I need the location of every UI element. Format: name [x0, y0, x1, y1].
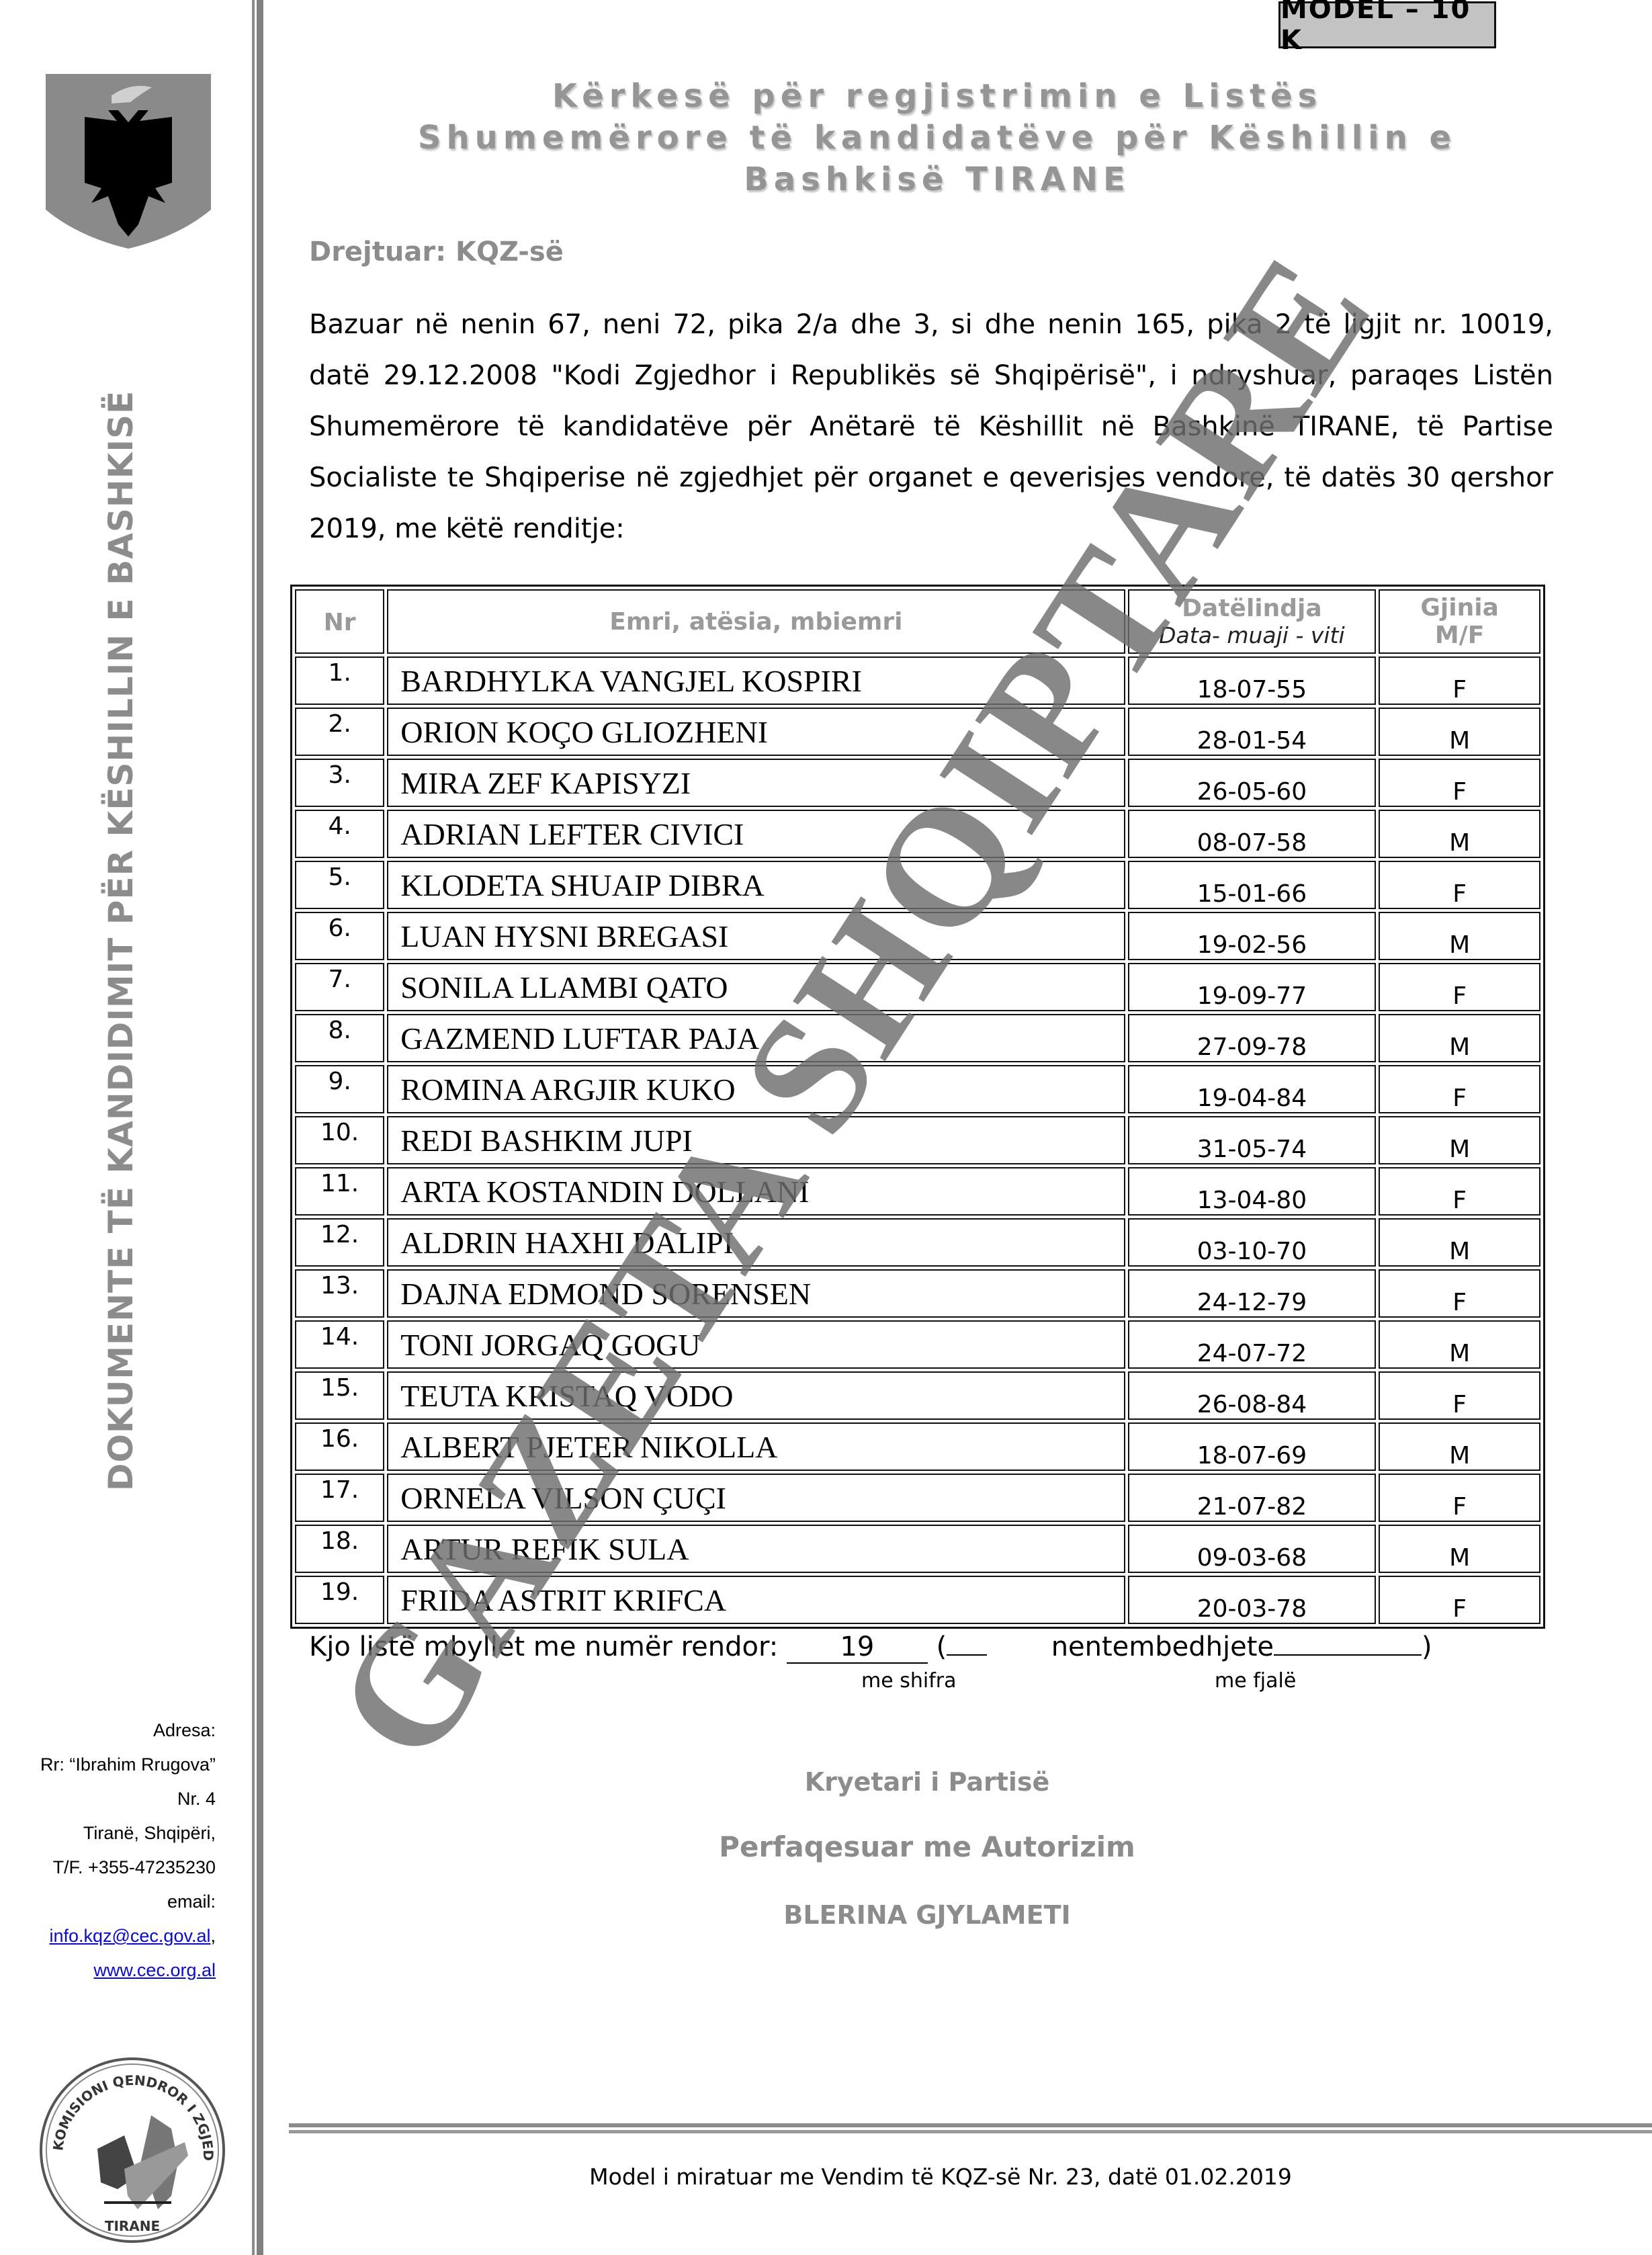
header-name: Emri, atësia, mbiemri [387, 589, 1125, 654]
candidate-name: REDI BASHKIM JUPI [387, 1116, 1125, 1164]
side-vertical-title: DOKUMENTE TË KANDIDIMIT PËR KËSHILLIN E … [101, 390, 140, 1491]
gender: F [1379, 1371, 1540, 1420]
table-row: 3.MIRA ZEF KAPISYZI26-05-60F [295, 759, 1540, 807]
gender: F [1379, 1065, 1540, 1113]
table-header-row: Nr Emri, atësia, mbiemri Datëlindja Data… [295, 589, 1540, 654]
gender: F [1379, 1269, 1540, 1318]
row-number: 12. [295, 1218, 384, 1267]
candidate-name: ARTA KOSTANDIN DOLLANI [387, 1167, 1125, 1216]
signature-name: BLERINA GJYLAMETI [672, 1900, 1182, 1930]
table-row: 19.FRIDA ASTRIT KRIFCA20-03-78F [295, 1576, 1540, 1624]
table-row: 18.ARTUR REFIK SULA09-03-68M [295, 1525, 1540, 1573]
blank [947, 1654, 987, 1656]
row-number: 7. [295, 963, 384, 1011]
header-dob: Datëlindja Data- muaji - viti [1128, 589, 1377, 654]
birth-date: 24-12-79 [1128, 1269, 1377, 1318]
divider-line [257, 0, 263, 2255]
closing-line: Kjo listë mbyllet me numër rendor: 19 ( … [309, 1631, 1432, 1664]
footer-divider [289, 2123, 1652, 2127]
candidate-name: TONI JORGAQ GOGU [387, 1320, 1125, 1369]
gender: M [1379, 1525, 1540, 1573]
candidate-name: BARDHYLKA VANGJEL KOSPIRI [387, 656, 1125, 705]
table-row: 7.SONILA LLAMBI QATO19-09-77F [295, 963, 1540, 1011]
website-link[interactable]: www.cec.org.al [93, 1960, 216, 1980]
row-number: 5. [295, 861, 384, 909]
birth-date: 18-07-55 [1128, 656, 1377, 705]
gender: M [1379, 1320, 1540, 1369]
gender: M [1379, 912, 1540, 960]
header-nr: Nr [295, 589, 384, 654]
gender: M [1379, 708, 1540, 756]
email-suffix: , [210, 1926, 216, 1946]
row-number: 9. [295, 1065, 384, 1113]
table-row: 5.KLODETA SHUAIP DIBRA15-01-66F [295, 861, 1540, 909]
row-number: 18. [295, 1525, 384, 1573]
signature-authorization: Perfaqesuar me Autorizim [672, 1830, 1182, 1863]
signature-role: Kryetari i Partisë [672, 1767, 1182, 1797]
candidates-table: Nr Emri, atësia, mbiemri Datëlindja Data… [290, 585, 1545, 1629]
row-number: 1. [295, 656, 384, 705]
table-row: 11.ARTA KOSTANDIN DOLLANI13-04-80F [295, 1167, 1540, 1216]
candidate-name: SONILA LLAMBI QATO [387, 963, 1125, 1011]
table-row: 6.LUAN HYSNI BREGASI19-02-56M [295, 912, 1540, 960]
divider-line [252, 0, 255, 2255]
caption-digits: me shifra [861, 1669, 956, 1693]
table-row: 9.ROMINA ARGJIR KUKO19-04-84F [295, 1065, 1540, 1113]
address-line: Adresa: [1, 1713, 216, 1748]
birth-date: 15-01-66 [1128, 861, 1377, 909]
number-digits-field: 19 [787, 1631, 928, 1664]
header-dob-sub: Data- muaji - viti [1129, 622, 1375, 648]
gender: M [1379, 1116, 1540, 1164]
birth-date: 18-07-69 [1128, 1422, 1377, 1471]
birth-date: 27-09-78 [1128, 1014, 1377, 1062]
closing-label: Kjo listë mbyllet me numër rendor: [309, 1631, 778, 1662]
title-line: Bashkisë TIRANE [282, 159, 1592, 200]
row-number: 19. [295, 1576, 384, 1624]
seal-bottom-text: TIRANE [105, 2218, 160, 2234]
address-line: Rr: “Ibrahim Rrugova” [1, 1748, 216, 1782]
address-line: Nr. 4 [1, 1782, 216, 1816]
table-row: 14.TONI JORGAQ GOGU24-07-72M [295, 1320, 1540, 1369]
row-number: 2. [295, 708, 384, 756]
table-row: 10.REDI BASHKIM JUPI31-05-74M [295, 1116, 1540, 1164]
row-number: 4. [295, 810, 384, 858]
row-number: 11. [295, 1167, 384, 1216]
table-row: 15.TEUTA KRISTAQ VODO26-08-84F [295, 1371, 1540, 1420]
email-link[interactable]: info.kqz@cec.gov.al [49, 1926, 210, 1946]
candidate-name: TEUTA KRISTAQ VODO [387, 1371, 1125, 1420]
table-row: 13.DAJNA EDMOND SORENSEN24-12-79F [295, 1269, 1540, 1318]
gender: F [1379, 656, 1540, 705]
candidate-name: ROMINA ARGJIR KUKO [387, 1065, 1125, 1113]
number-words: nentembedhjete [1051, 1631, 1274, 1662]
row-number: 13. [295, 1269, 384, 1318]
gender: M [1379, 1218, 1540, 1267]
birth-date: 13-04-80 [1128, 1167, 1377, 1216]
row-number: 15. [295, 1371, 384, 1420]
address-block: Adresa: Rr: “Ibrahim Rrugova” Nr. 4 Tira… [1, 1713, 216, 1988]
title-line: Kërkesë për regjistrimin e Listës [282, 75, 1592, 117]
gender: M [1379, 810, 1540, 858]
addressed-to: Drejtuar: KQZ-së [309, 237, 564, 267]
birth-date: 31-05-74 [1128, 1116, 1377, 1164]
candidate-name: DAJNA EDMOND SORENSEN [387, 1269, 1125, 1318]
table-row: 2.ORION KOÇO GLIOZHENI28-01-54M [295, 708, 1540, 756]
birth-date: 08-07-58 [1128, 810, 1377, 858]
candidate-name: ARTUR REFIK SULA [387, 1525, 1125, 1573]
address-line: email: [1, 1885, 216, 1919]
birth-date: 19-04-84 [1128, 1065, 1377, 1113]
header-dob-label: Datëlindja [1182, 595, 1322, 622]
row-number: 3. [295, 759, 384, 807]
header-gender: Gjinia M/F [1379, 589, 1540, 654]
row-number: 6. [295, 912, 384, 960]
birth-date: 26-08-84 [1128, 1371, 1377, 1420]
table-row: 1.BARDHYLKA VANGJEL KOSPIRI18-07-55F [295, 656, 1540, 705]
birth-date: 20-03-78 [1128, 1576, 1377, 1624]
birth-date: 09-03-68 [1128, 1525, 1377, 1573]
birth-date: 19-02-56 [1128, 912, 1377, 960]
candidate-name: ALBERT PJETER NIKOLLA [387, 1422, 1125, 1471]
birth-date: 19-09-77 [1128, 963, 1377, 1011]
gender: F [1379, 861, 1540, 909]
coat-of-arms-icon [44, 69, 212, 251]
gender: F [1379, 759, 1540, 807]
gender: F [1379, 1576, 1540, 1624]
candidate-name: FRIDA ASTRIT KRIFCA [387, 1576, 1125, 1624]
header-gender-label: Gjinia [1420, 594, 1499, 622]
footer-divider [289, 2130, 1652, 2133]
cec-seal-icon: KOMISIONI QENDROR I ZGJEDHJEVE TIRANE [37, 2055, 228, 2246]
footer-note: Model i miratuar me Vendim të KQZ-së Nr.… [269, 2164, 1612, 2190]
table-row: 8.GAZMEND LUFTAR PAJA27-09-78M [295, 1014, 1540, 1062]
title-line: Shumemërore të kandidatëve për Këshillin… [282, 117, 1592, 159]
birth-date: 24-07-72 [1128, 1320, 1377, 1369]
row-number: 10. [295, 1116, 384, 1164]
table-row: 16.ALBERT PJETER NIKOLLA18-07-69M [295, 1422, 1540, 1471]
gender: F [1379, 1167, 1540, 1216]
row-number: 14. [295, 1320, 384, 1369]
table-row: 17.ORNELA VILSON ÇUÇI21-07-82F [295, 1474, 1540, 1522]
gender: F [1379, 963, 1540, 1011]
candidate-name: MIRA ZEF KAPISYZI [387, 759, 1125, 807]
candidate-name: ORNELA VILSON ÇUÇI [387, 1474, 1125, 1522]
document-title: Kërkesë për regjistrimin e Listës Shumem… [282, 75, 1592, 200]
birth-date: 03-10-70 [1128, 1218, 1377, 1267]
row-number: 8. [295, 1014, 384, 1062]
candidate-name: LUAN HYSNI BREGASI [387, 912, 1125, 960]
caption-words: me fjalë [1215, 1669, 1296, 1693]
row-number: 17. [295, 1474, 384, 1522]
table-row: 12.ALDRIN HAXHI DALIPI03-10-70M [295, 1218, 1540, 1267]
gender: F [1379, 1474, 1540, 1522]
birth-date: 26-05-60 [1128, 759, 1377, 807]
birth-date: 28-01-54 [1128, 708, 1377, 756]
address-line: Tiranë, Shqipëri, [1, 1816, 216, 1850]
candidate-name: GAZMEND LUFTAR PAJA [387, 1014, 1125, 1062]
address-line: T/F. +355-47235230 [1, 1850, 216, 1885]
candidate-name: ALDRIN HAXHI DALIPI [387, 1218, 1125, 1267]
header-gender-sub: M/F [1380, 622, 1539, 649]
model-badge: MODEL – 10 K [1278, 1, 1496, 48]
candidate-name: KLODETA SHUAIP DIBRA [387, 861, 1125, 909]
gender: M [1379, 1422, 1540, 1471]
body-paragraph: Bazuar në nenin 67, neni 72, pika 2/a dh… [309, 299, 1553, 554]
row-number: 16. [295, 1422, 384, 1471]
gender: M [1379, 1014, 1540, 1062]
candidate-name: ADRIAN LEFTER CIVICI [387, 810, 1125, 858]
blank [1274, 1654, 1422, 1656]
candidate-name: ORION KOÇO GLIOZHENI [387, 708, 1125, 756]
birth-date: 21-07-82 [1128, 1474, 1377, 1522]
table-row: 4.ADRIAN LEFTER CIVICI08-07-58M [295, 810, 1540, 858]
